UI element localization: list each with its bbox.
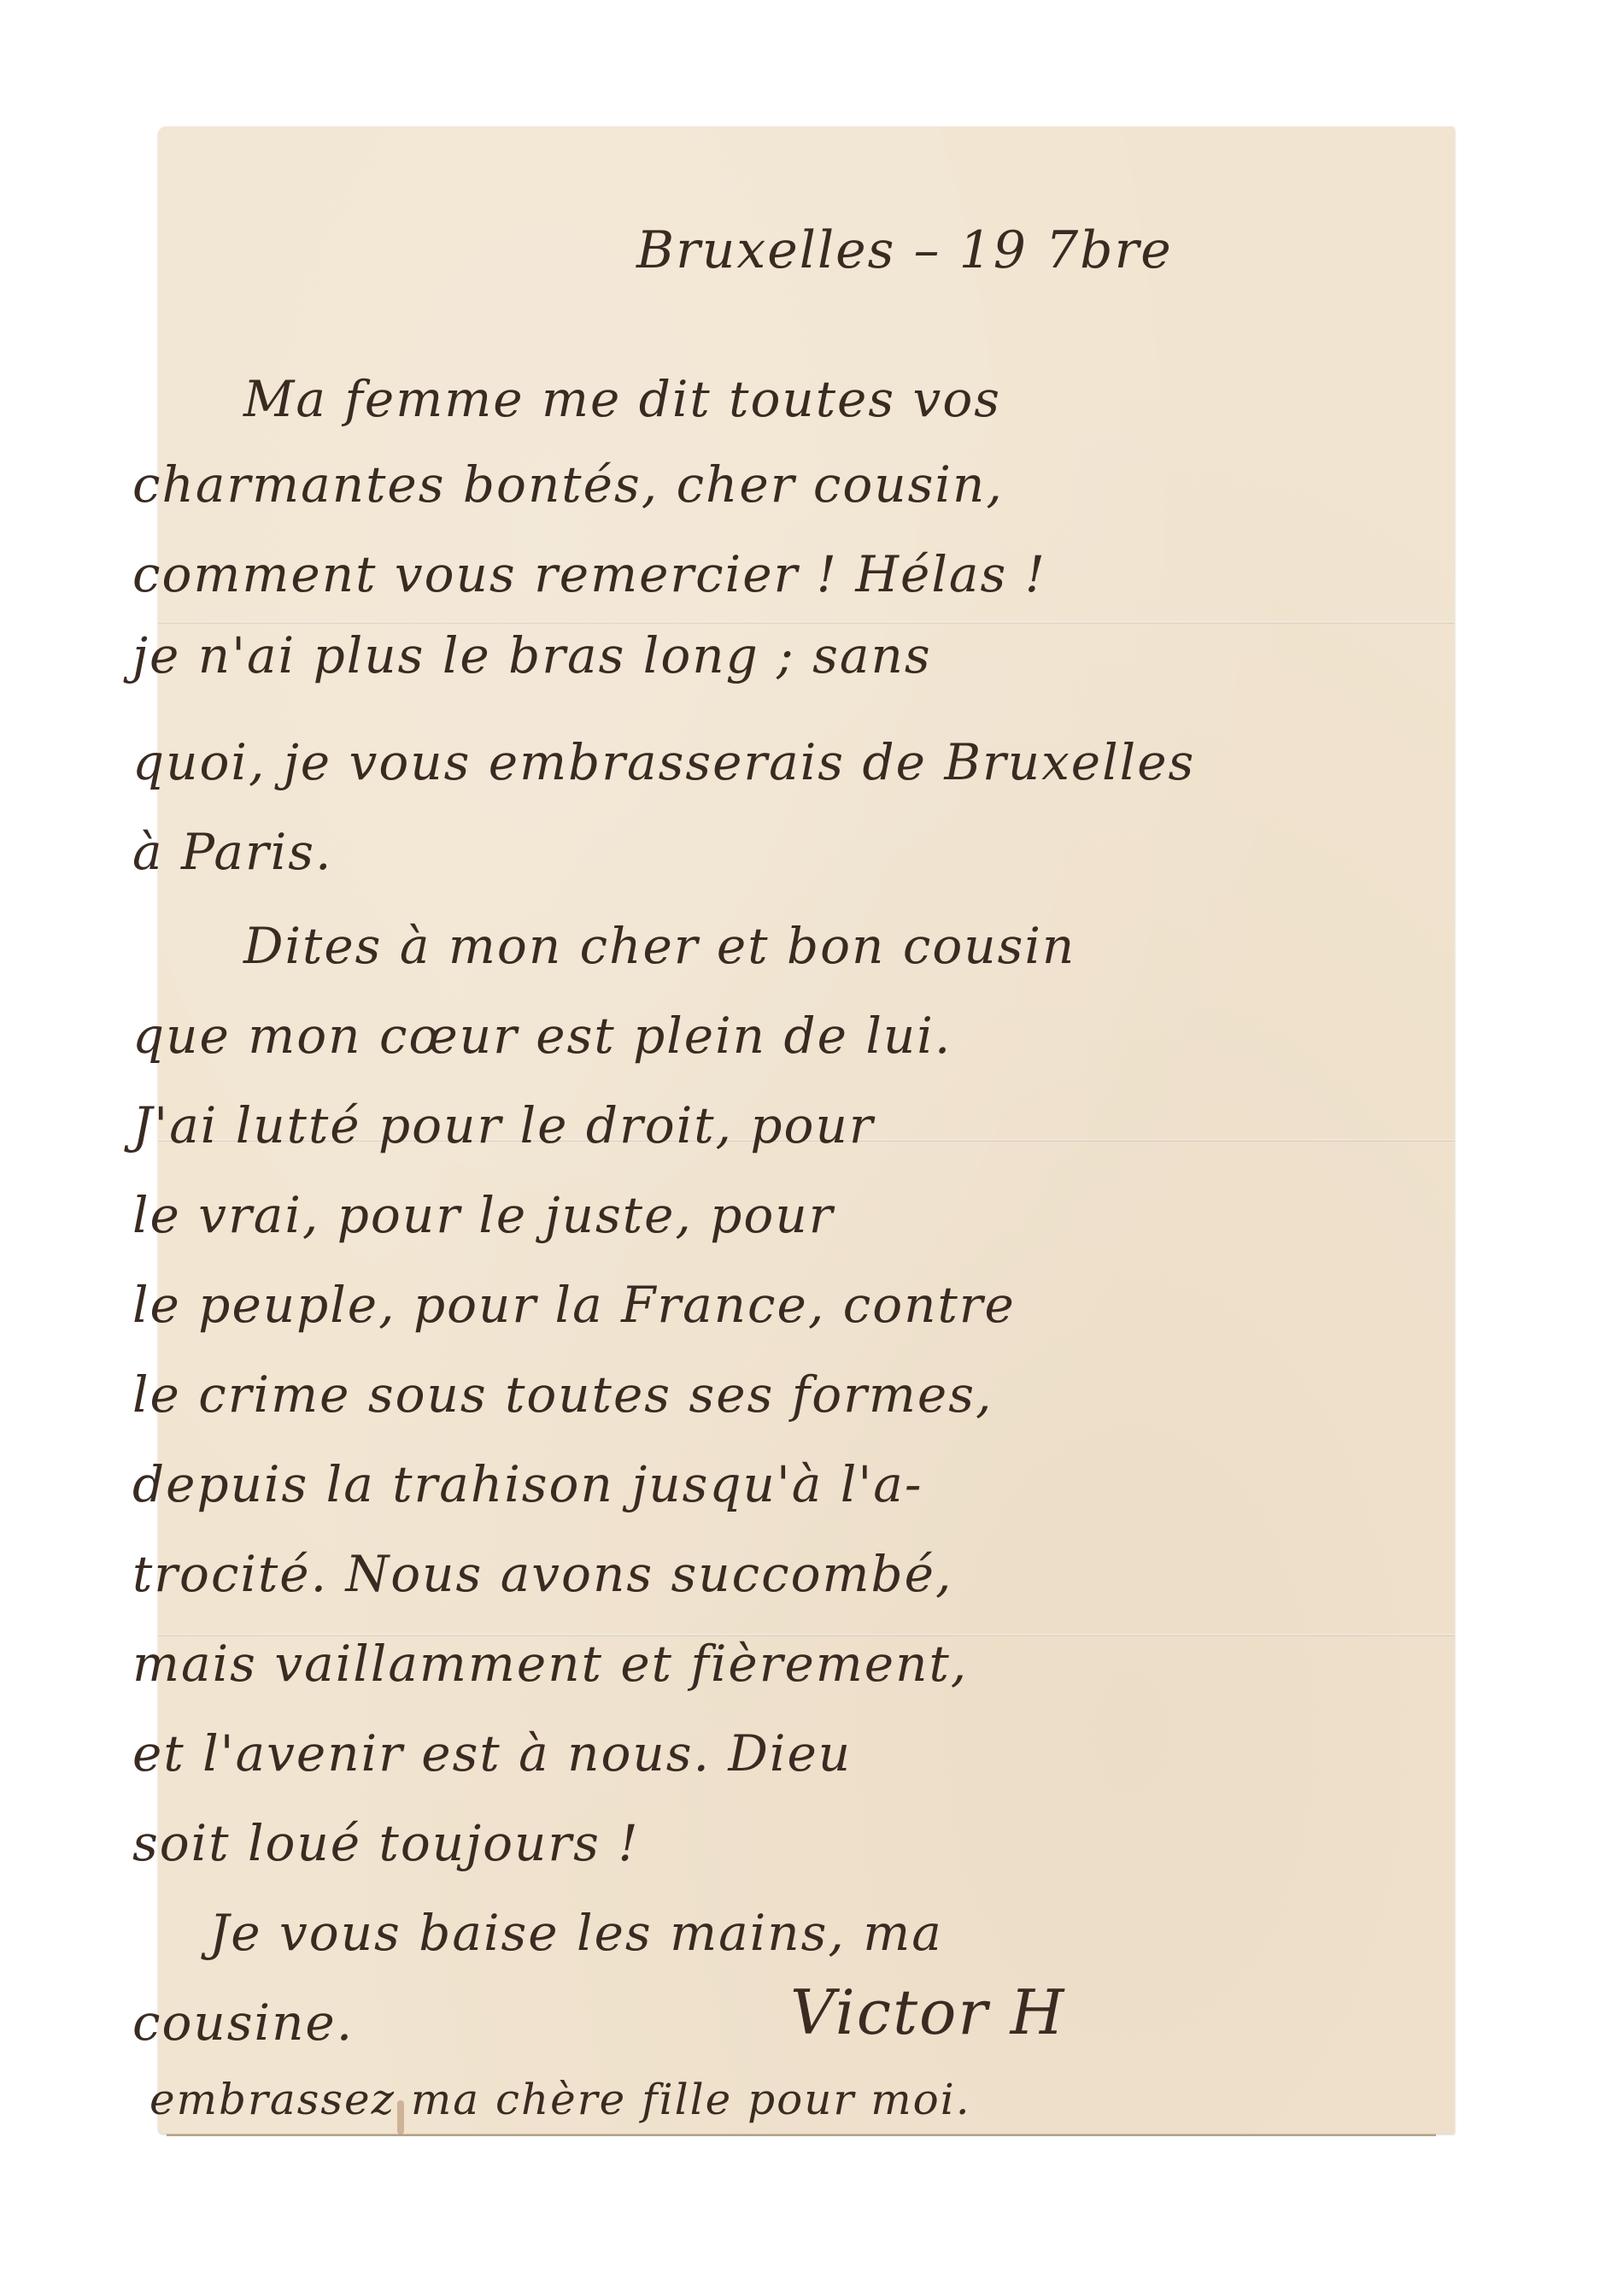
letter-line: le crime sous toutes ses formes, [132, 1365, 993, 1424]
letter-line: le peuple, pour la France, contre [132, 1276, 1016, 1334]
letter-line: Dites à mon cher et bon cousin [243, 917, 1076, 975]
letter-line: depuis la trahison jusqu'à l'a- [132, 1455, 923, 1513]
letter-line: le vrai, pour le juste, pour [132, 1186, 834, 1244]
letter-dateline: Bruxelles – 19 7bre [636, 220, 1173, 280]
letter-line: trocité. Nous avons succombé, [132, 1545, 952, 1603]
letter-line: Ma femme me dit toutes vos [243, 370, 1001, 428]
letter-line: soit loué toujours ! [132, 1814, 640, 1872]
letter-line: je n'ai plus le bras long ; sans [132, 626, 932, 684]
letter-line: quoi, je vous embrasserais de Bruxelles [132, 733, 1195, 791]
letter-page: Bruxelles – 19 7bre Ma femme me dit tout… [158, 126, 1455, 2134]
letter-line: que mon cœur est plein de lui. [132, 1007, 952, 1065]
signature: Victor H [790, 1976, 1065, 2048]
letter-line: à Paris. [132, 823, 333, 881]
letter-line: et l'avenir est à nous. Dieu [132, 1724, 852, 1782]
postscript: embrassez ma chère fille pour moi. [149, 2075, 971, 2124]
fold-line [158, 621, 1455, 624]
letter-line: mais vaillamment et fièrement, [132, 1635, 968, 1693]
ink-stain [397, 2100, 404, 2135]
letter-line: charmantes bontés, cher cousin, [132, 455, 1004, 514]
letter-line: J'ai lutté pour le droit, pour [132, 1096, 875, 1154]
letter-line: Je vous baise les mains, ma [209, 1904, 943, 1962]
letter-line: comment vous remercier ! Hélas ! [132, 545, 1046, 603]
letter-line: cousine. [132, 1994, 354, 2052]
